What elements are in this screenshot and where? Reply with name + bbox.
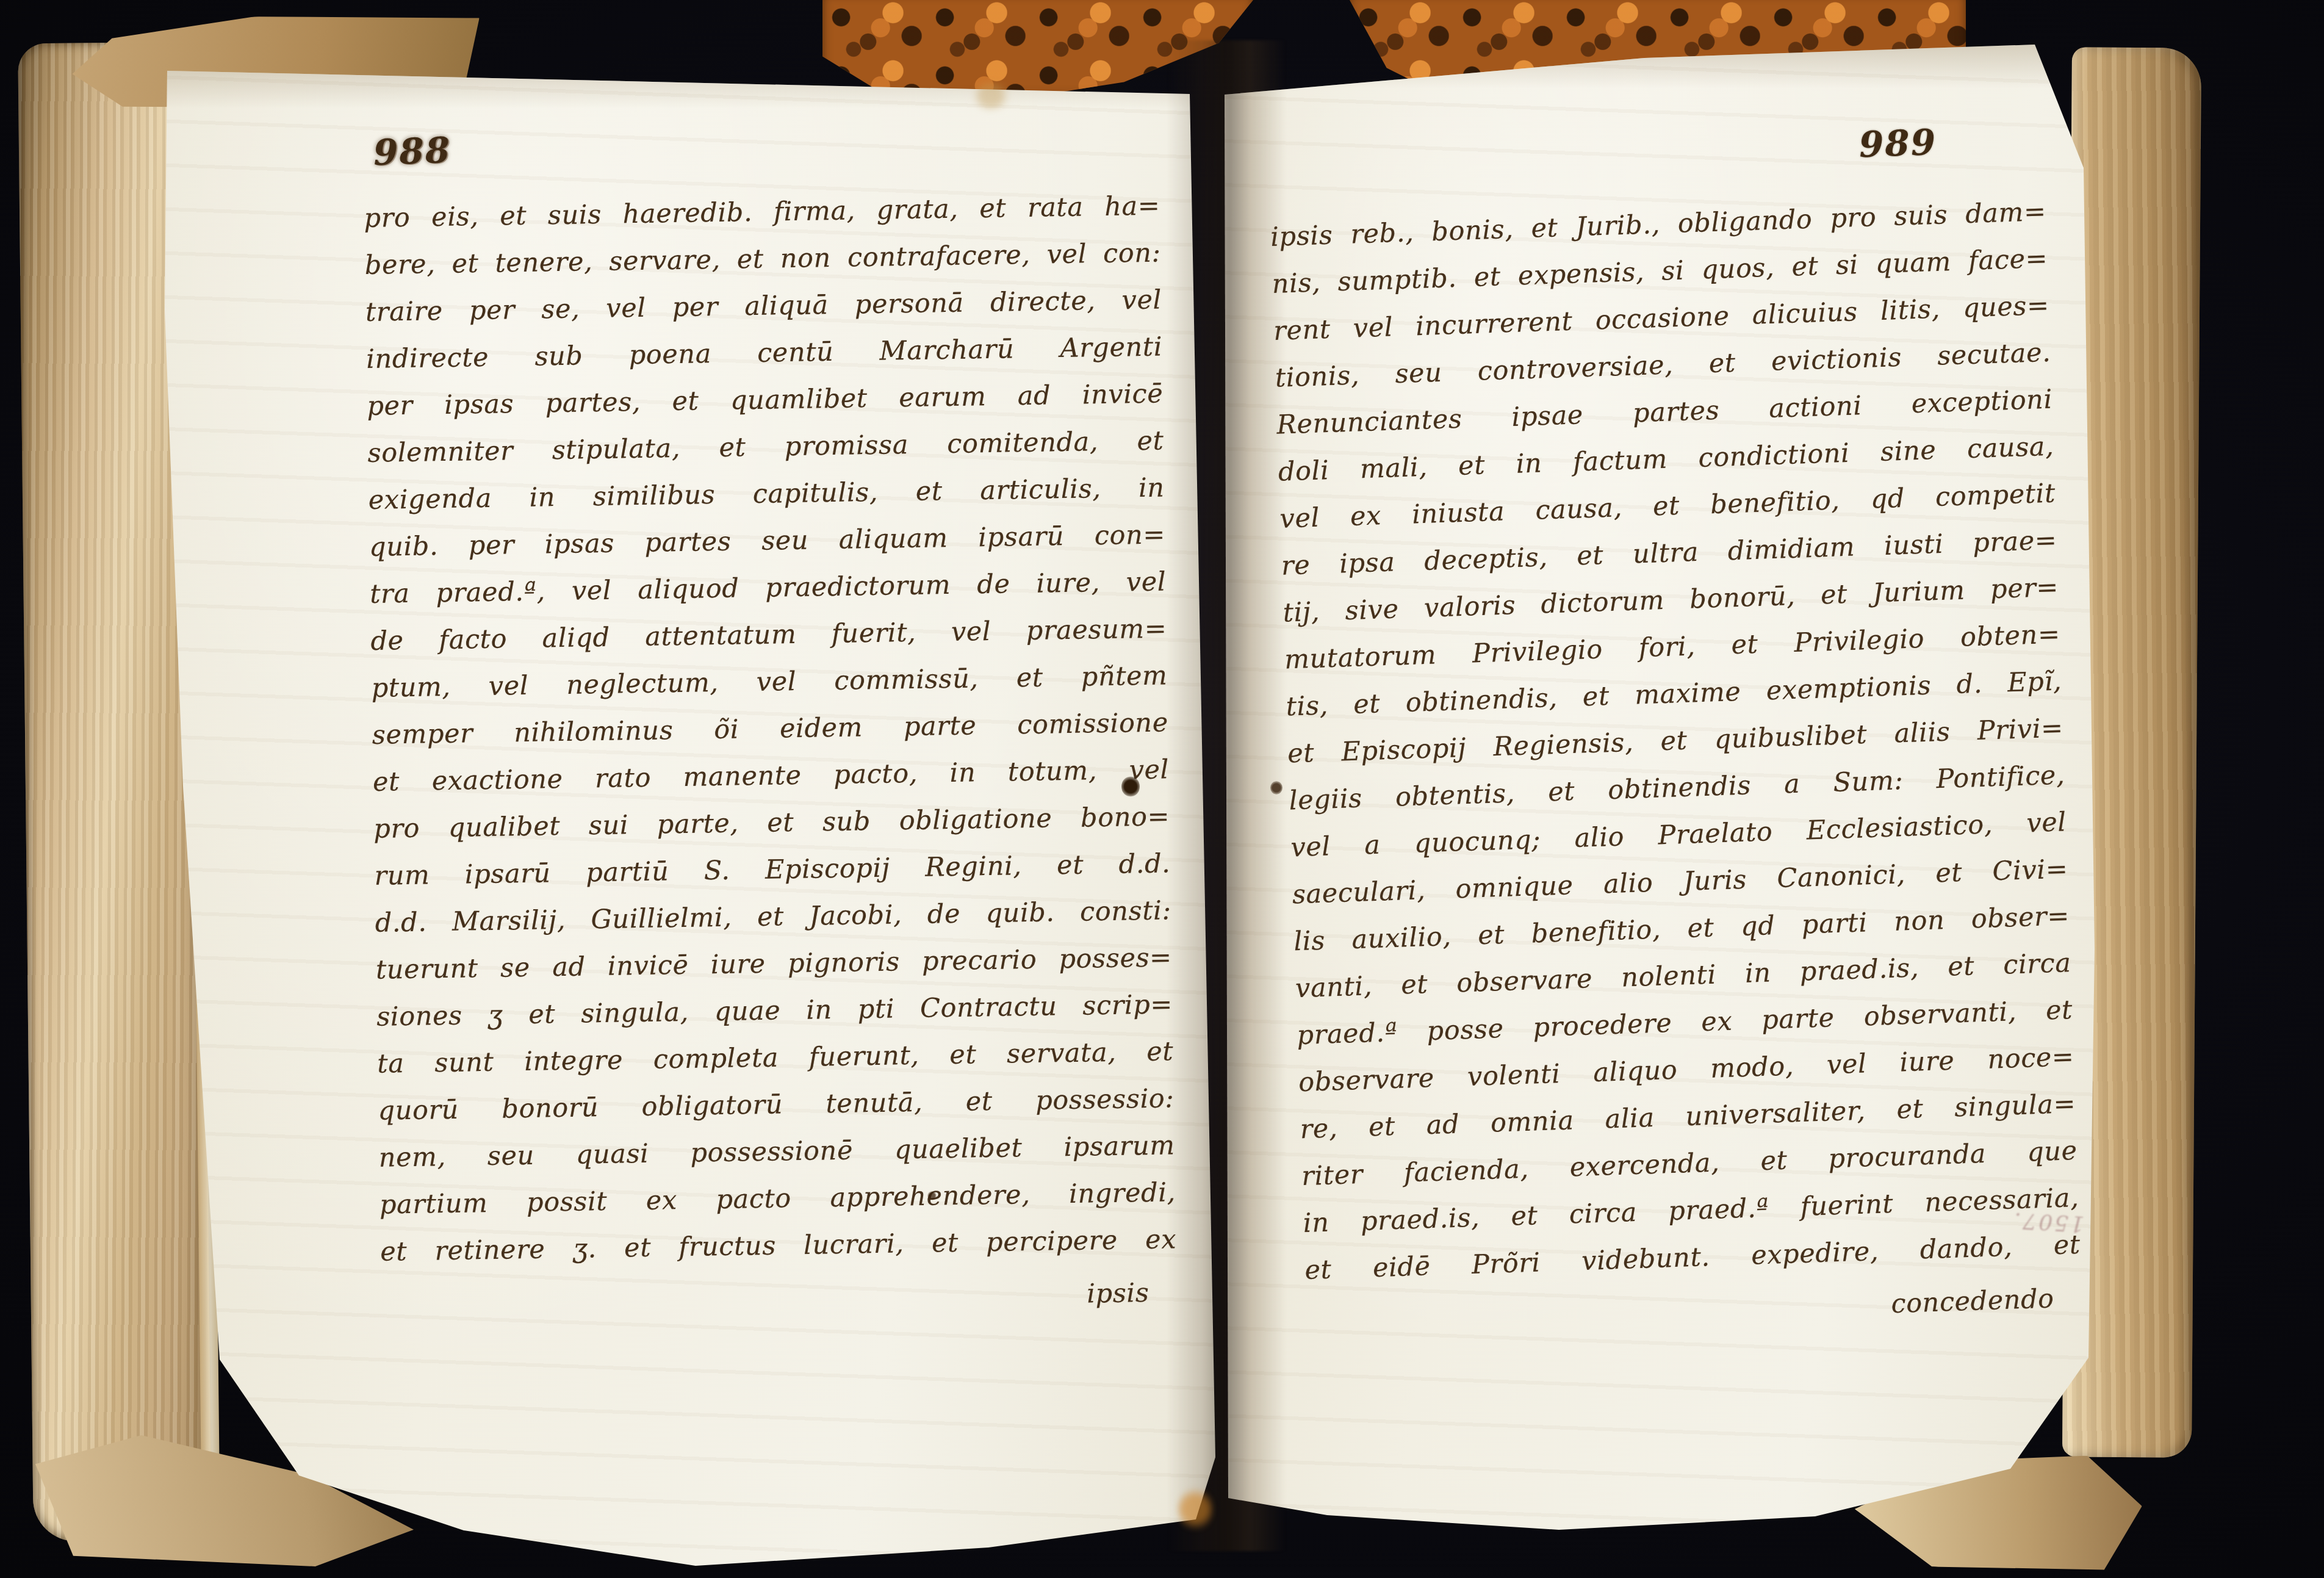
left-page: 988 pro eis, et suis haeredib. firma, gr… (146, 54, 1221, 1569)
right-page: 989 ipsis reb., bonis, et Jurib., obliga… (1217, 34, 2108, 1546)
orange-stain (1178, 1486, 1213, 1532)
ink-blot (1270, 781, 1283, 794)
paper-stain (971, 83, 1010, 109)
ink-blot (927, 1191, 937, 1200)
ink-blot (1121, 776, 1140, 797)
right-page-text: ipsis reb., bonis, et Jurib., obligando … (1270, 189, 2083, 1347)
book-gutter-shadow (1167, 40, 1286, 1551)
offset-ink-mark: 1507. (2012, 1208, 2085, 1236)
left-page-lines: pro eis, et suis haeredib. firma, grata,… (364, 183, 1177, 1276)
left-page-number: 988 (373, 129, 451, 173)
left-page-text: pro eis, et suis haeredib. firma, grata,… (364, 183, 1178, 1329)
right-page-number: 989 (1858, 121, 1937, 165)
photo-scene: 988 pro eis, et suis haeredib. firma, gr… (0, 0, 2324, 1578)
right-page-lines: ipsis reb., bonis, et Jurib., obligando … (1270, 189, 2081, 1294)
